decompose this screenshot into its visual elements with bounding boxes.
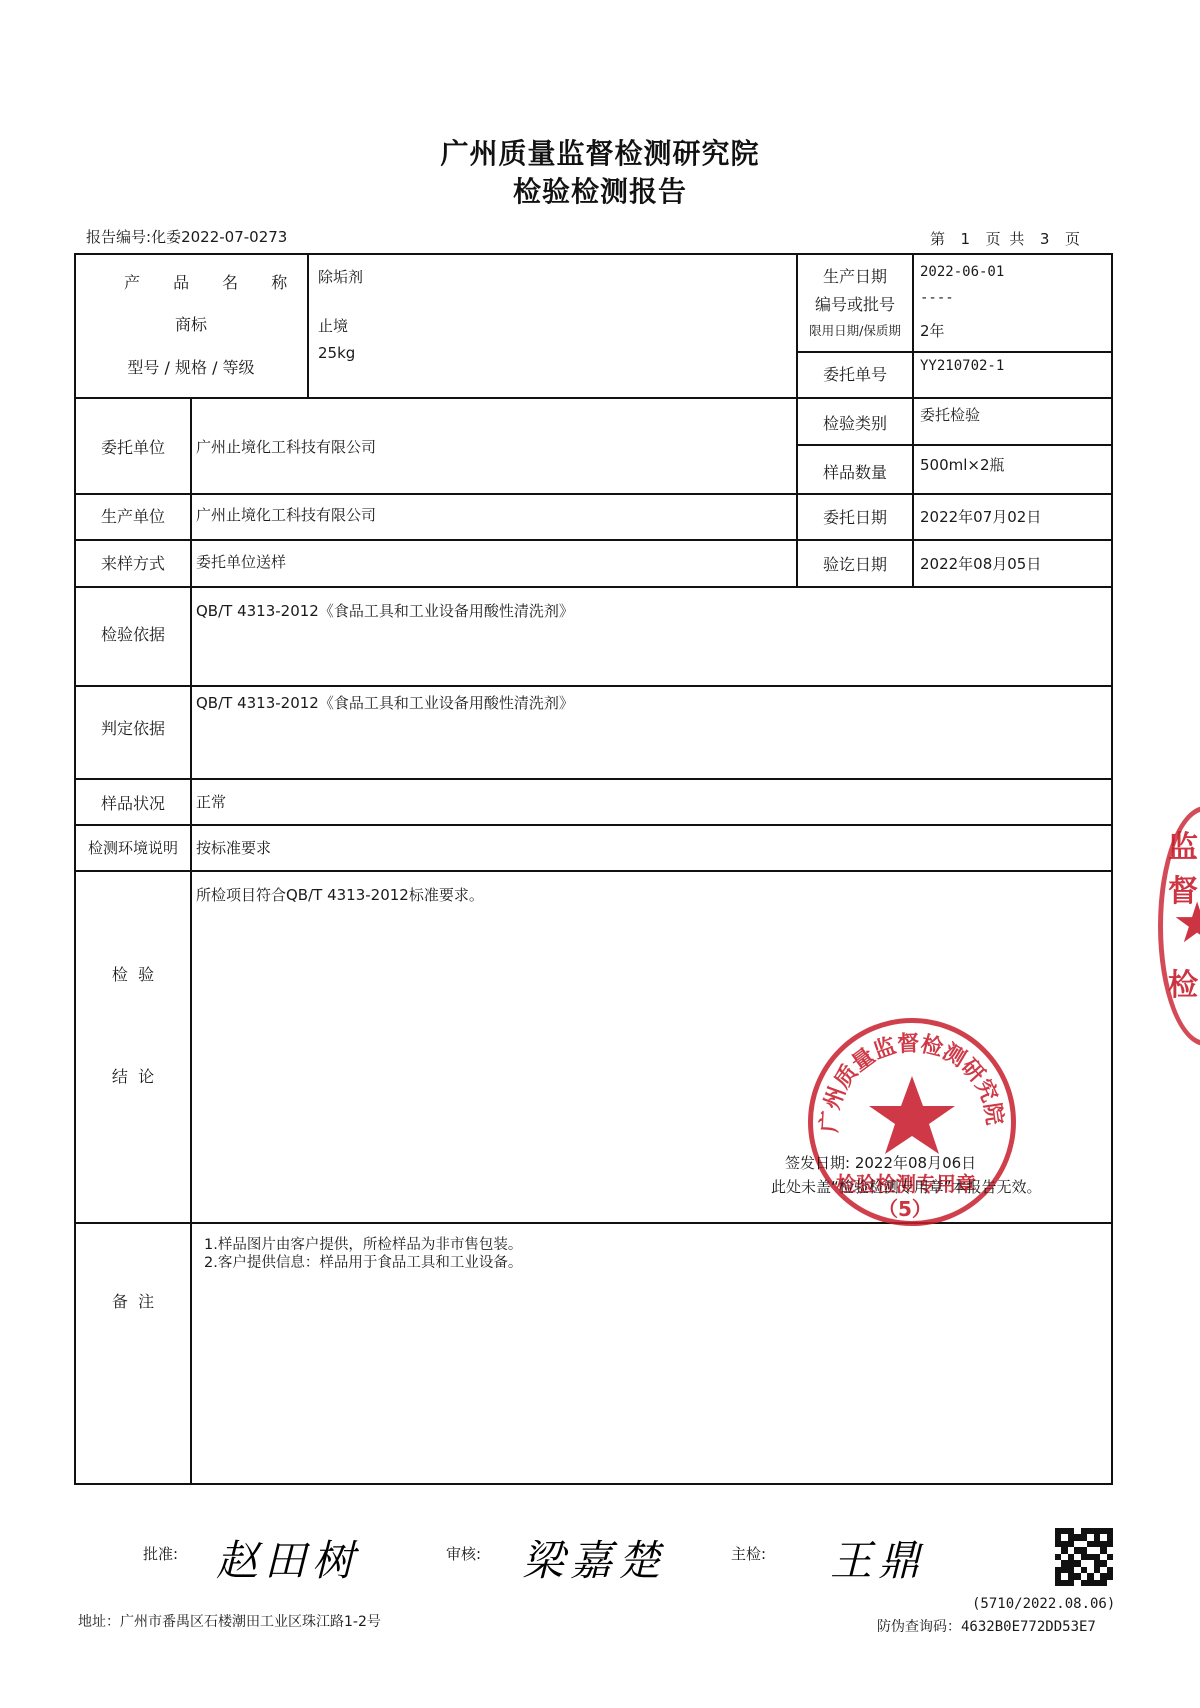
sampling-value: 委托单位送样 [196,551,286,572]
sample-qty-value: 500ml×2瓶 [920,454,1005,475]
issue-date: 签发日期: 2022年08月06日 [785,1152,976,1173]
document-title: 检验检测报告 [0,170,1200,210]
conclusion-value: 所检项目符合QB/T 4313-2012标准要求。 [196,884,484,905]
order-no-label: 委托单号 [798,362,912,385]
commission-date-label: 委托日期 [798,505,912,528]
sample-status-label: 样品状况 [76,791,190,814]
product-name-value: 除垢剂 [318,266,363,287]
client-label: 委托单位 [76,435,190,458]
approve-signature: 赵田树 [216,1528,360,1588]
remarks-label: 备 注 [76,1289,190,1312]
review-signature: 梁嘉楚 [522,1528,666,1588]
environment-value: 按标准要求 [196,837,271,858]
completion-date-value: 2022年08月05日 [920,553,1041,574]
page-indicator: 第 1 页 共 3 页 [930,228,1082,249]
conclusion-label-1: 检 验 [76,962,190,985]
commission-date-value: 2022年07月02日 [920,506,1041,527]
edge-stamp-star-icon: ★ [1172,896,1200,952]
test-basis-value: QB/T 4313-2012《食品工具和工业设备用酸性清洗剂》 [196,600,574,621]
remarks-item: 2.客户提供信息：样品用于食品工具和工业设备。 [204,1251,522,1272]
conclusion-label-2: 结 论 [76,1064,190,1087]
batch-label: 编号或批号 [798,292,912,315]
stamp-note: 此处未盖“检验检测专用章”本报告无效。 [771,1176,1042,1197]
model-value: 25kg [318,344,355,362]
test-basis-label: 检验依据 [76,622,190,645]
manufacturer-value: 广州止境化工科技有限公司 [196,504,376,525]
report-number: 报告编号:化委2022-07-0273 [86,226,287,247]
address: 地址：广州市番禺区石楼潮田工业区珠江路1-2号 [78,1611,381,1631]
production-date-value: 2022-06-01 [920,264,1004,280]
manufacturer-label: 生产单位 [76,504,190,527]
qr-code-icon[interactable] [1055,1528,1113,1586]
production-date-label: 生产日期 [798,264,912,287]
inspector-label: 主检: [731,1543,766,1564]
shelf-life-label: 限用日期/保质期 [798,321,912,339]
report-number-value: 化委2022-07-0273 [151,228,287,246]
judgment-basis-label: 判定依据 [76,716,190,739]
inspection-type-label: 检验类别 [798,411,912,434]
review-label: 审核: [446,1543,481,1564]
institution-title: 广州质量监督检测研究院 [0,132,1200,172]
batch-value: ---- [920,290,954,306]
brand-label: 商标 [74,312,308,335]
shelf-life-value: 2年 [920,320,945,341]
product-name-label: 产 品 名 称 [124,270,301,293]
stamp-number: （5） [878,1193,932,1222]
judgment-basis-value: QB/T 4313-2012《食品工具和工业设备用酸性清洗剂》 [196,692,574,713]
model-label: 型号 / 规格 / 等级 [74,355,308,378]
anti-fake-code: 防伪查询码：4632B0E772DD53E7 [877,1616,1096,1636]
order-no-value: YY210702-1 [920,358,1004,374]
completion-date-label: 验讫日期 [798,552,912,575]
report-number-label: 报告编号: [86,228,151,246]
brand-value: 止境 [318,315,348,336]
qr-caption: (5710/2022.08.06) [972,1596,1115,1612]
inspector-signature: 王鼎 [830,1528,926,1588]
inspection-type-value: 委托检验 [920,404,980,425]
client-value: 广州止境化工科技有限公司 [196,436,376,457]
sample-qty-label: 样品数量 [798,460,912,483]
sample-status-value: 正常 [196,791,226,812]
edge-stamp-text-2: 检 [1168,960,1198,1004]
environment-label: 检测环境说明 [76,837,190,858]
approve-label: 批准: [143,1543,178,1564]
sampling-label: 来样方式 [76,551,190,574]
